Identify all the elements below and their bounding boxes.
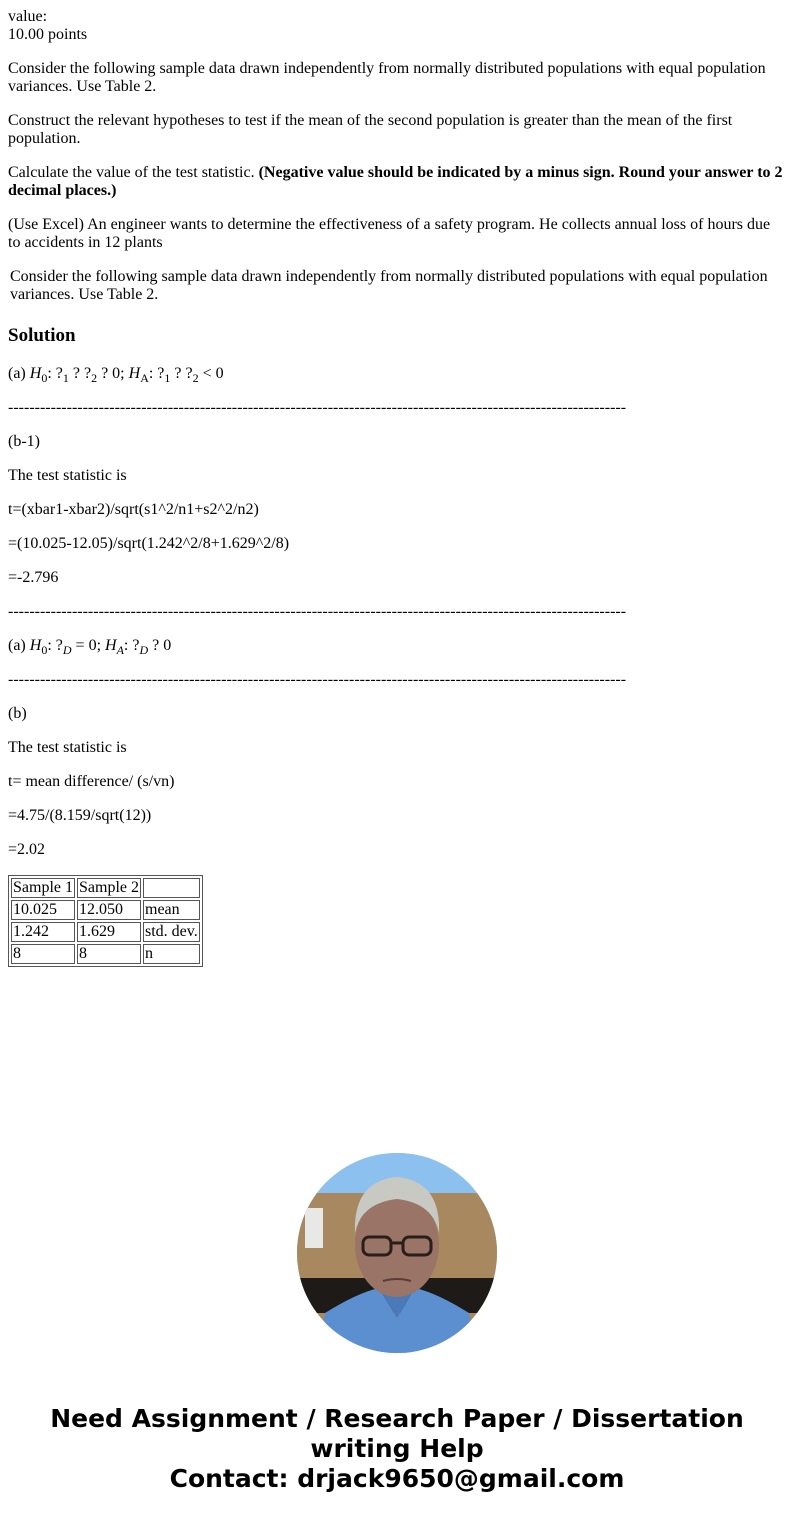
table-header-cell: Sample 1 (11, 878, 75, 898)
part-b-prompt: Calculate the value of the test statisti… (8, 164, 786, 200)
table-cell: std. dev. (143, 922, 200, 942)
points-value: 10.00 points (8, 26, 786, 44)
ha-symbol: H (105, 637, 117, 654)
footer-line-2: writing Help (0, 1434, 794, 1464)
ha-text: : ? (149, 365, 165, 382)
part-label: (a) (8, 365, 30, 382)
d-sub: D (63, 643, 72, 657)
h0-text: ? ? (69, 365, 91, 382)
part-b-line1: The test statistic is (8, 739, 786, 757)
table-row: 10.025 12.050 mean (11, 900, 200, 920)
table-header-cell (143, 878, 200, 898)
h0-symbol: H (30, 365, 42, 382)
tutor-avatar (297, 1153, 497, 1353)
table-header-cell: Sample 2 (77, 878, 141, 898)
table-row: 8 8 n (11, 944, 200, 964)
footer-line-1: Need Assignment / Research Paper / Disse… (0, 1404, 794, 1434)
ha-text: ? ? (170, 365, 192, 382)
part-b1-substitution: =(10.025-12.05)/sqrt(1.242^2/8+1.629^2/8… (8, 535, 786, 553)
part-b-label: (b) (8, 705, 786, 723)
contact-footer: Need Assignment / Research Paper / Disse… (0, 1404, 794, 1494)
part-a-prompt: Construct the relevant hypotheses to tes… (8, 112, 786, 148)
table-cell: 12.050 (77, 900, 141, 920)
table-row: 1.242 1.629 std. dev. (11, 922, 200, 942)
part-b-substitution: =4.75/(8.159/sqrt(12)) (8, 807, 786, 825)
ha-sub: A (117, 643, 124, 657)
ha-text: : ? (124, 637, 140, 654)
question-intro-repeat: Consider the following sample data drawn… (8, 268, 786, 304)
h0-text: = 0; (72, 637, 105, 654)
h0-symbol: H (30, 637, 42, 654)
h0-text: ? 0; (97, 365, 129, 382)
ha-text: < 0 (199, 365, 224, 382)
table-cell: 1.629 (77, 922, 141, 942)
question-intro: Consider the following sample data drawn… (8, 60, 786, 96)
divider: ----------------------------------------… (8, 603, 786, 621)
part-b1-line1: The test statistic is (8, 467, 786, 485)
part-b1-result: =-2.796 (8, 569, 786, 587)
hypothesis-part1: (a) H0: ?1 ? ?2 ? 0; HA: ?1 ? ?2 < 0 (8, 365, 786, 383)
table-cell: 8 (77, 944, 141, 964)
part-b-text: Calculate the value of the test statisti… (8, 164, 259, 181)
part-b1-label: (b-1) (8, 433, 786, 451)
part-b-result: =2.02 (8, 841, 786, 859)
ha-sub: A (140, 371, 149, 385)
divider: ----------------------------------------… (8, 671, 786, 689)
divider: ----------------------------------------… (8, 399, 786, 417)
table-cell: mean (143, 900, 200, 920)
question-meta: value: 10.00 points (8, 8, 786, 44)
value-label: value: (8, 8, 786, 26)
hypothesis-part2: (a) H0: ?D = 0; HA: ?D ? 0 (8, 637, 786, 655)
person-photo-icon (297, 1153, 497, 1353)
h0-text: : ? (47, 637, 63, 654)
part-label: (a) (8, 637, 30, 654)
solution-heading: Solution (8, 325, 786, 346)
ha-symbol: H (129, 365, 141, 382)
footer-contact: Contact: drjack9650@gmail.com (0, 1464, 794, 1494)
table-cell: n (143, 944, 200, 964)
table-cell: 8 (11, 944, 75, 964)
h0-text: : ? (47, 365, 63, 382)
document-body: value: 10.00 points Consider the followi… (8, 8, 786, 967)
sample-data-table: Sample 1 Sample 2 10.025 12.050 mean 1.2… (8, 875, 203, 967)
ha-text: ? 0 (148, 637, 171, 654)
excel-prompt: (Use Excel) An engineer wants to determi… (8, 216, 786, 252)
table-header-row: Sample 1 Sample 2 (11, 878, 200, 898)
table-cell: 10.025 (11, 900, 75, 920)
d-sub: D (139, 643, 148, 657)
part-b-formula: t= mean difference/ (s/vn) (8, 773, 786, 791)
table-cell: 1.242 (11, 922, 75, 942)
part-b1-formula: t=(xbar1-xbar2)/sqrt(s1^2/n1+s2^2/n2) (8, 501, 786, 519)
